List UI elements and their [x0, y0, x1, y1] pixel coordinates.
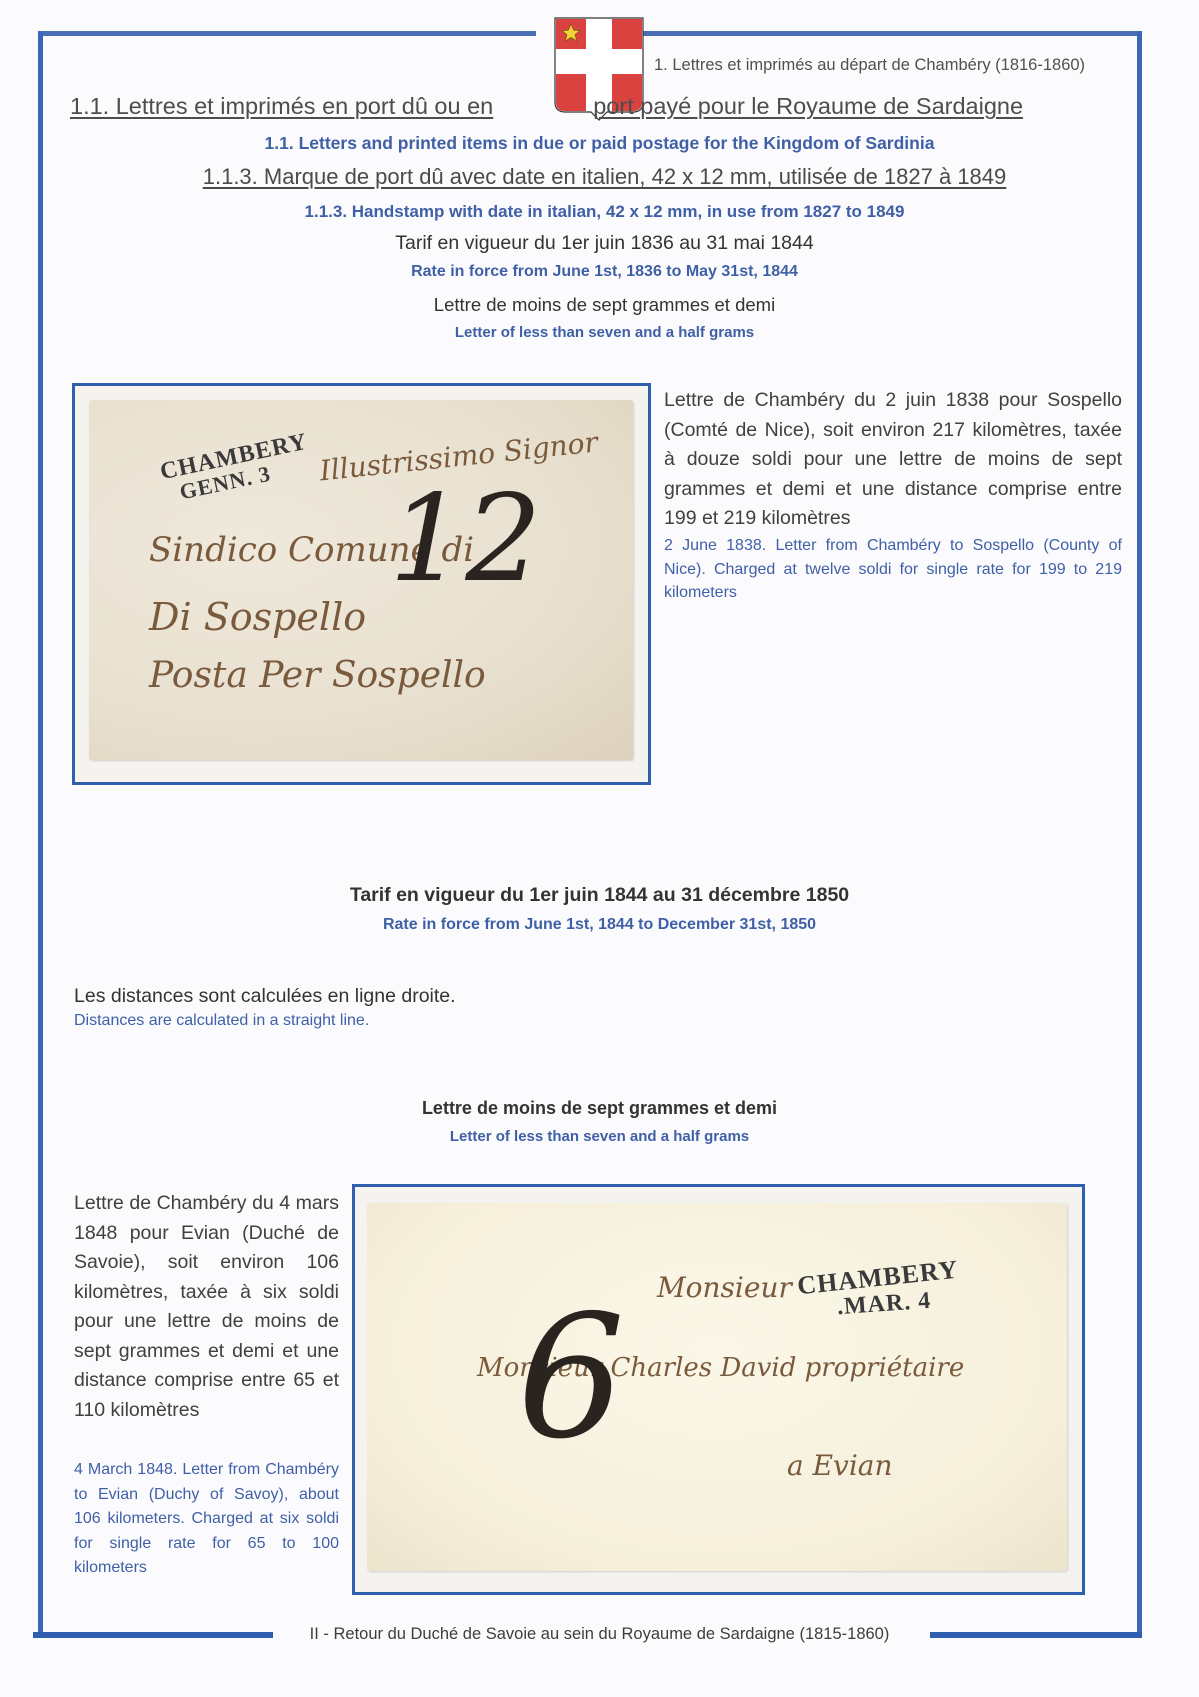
distance-note-fr: Les distances sont calculées en ligne dr… — [74, 985, 456, 1008]
weight-class-1-en: Letter of less than seven and a half gra… — [0, 324, 1199, 341]
rate-period-1-en: Rate in force from June 1st, 1836 to May… — [0, 263, 1199, 281]
subsection-title-fr: 1.1.3. Marque de port dû avec date en it… — [0, 164, 1199, 190]
letter-2-paper: CHAMBERY .MAR. 4 Monsieur Monsieur Charl… — [367, 1203, 1067, 1571]
letter-2-description-en: 4 March 1848. Letter from Chambéry to Ev… — [74, 1458, 339, 1581]
address-line1: Monsieur — [657, 1271, 792, 1304]
tax-mark: 12 — [389, 480, 542, 600]
address-line3: Di Sospello — [149, 595, 366, 639]
section-title-fr: 1.1. Lettres et imprimés en port dû ou e… — [70, 93, 1023, 120]
section-title-fr-part1: 1.1. Lettres et imprimés en port dû ou e… — [70, 93, 493, 119]
address-line3: a Evian — [787, 1449, 893, 1482]
frame-top-left-border — [38, 31, 536, 36]
letter-1-description-en: 2 June 1838. Letter from Chambéry to Sos… — [664, 534, 1122, 605]
chapter-title: 1. Lettres et imprimés au départ de Cham… — [654, 56, 1085, 75]
tax-mark: 6 — [517, 1293, 625, 1463]
distance-note-en: Distances are calculated in a straight l… — [74, 1012, 369, 1030]
rate-period-2-en: Rate in force from June 1st, 1844 to Dec… — [0, 916, 1199, 934]
frame-top-right-border — [622, 31, 1142, 36]
weight-class-1-fr: Lettre de moins de sept grammes et demi — [0, 294, 1199, 316]
rate-period-1-fr: Tarif en vigueur du 1er juin 1836 au 31 … — [0, 232, 1199, 255]
letter-2-image: CHAMBERY .MAR. 4 Monsieur Monsieur Charl… — [352, 1184, 1085, 1595]
letter-1-image: CHAMBERY GENN. 3 Illustrissimo Signor Si… — [72, 383, 651, 785]
address-line4: Posta Per Sospello — [149, 655, 486, 696]
section-title-fr-part2: port payé pour le Royaume de Sardaigne — [593, 93, 1023, 119]
letter-1-paper: CHAMBERY GENN. 3 Illustrissimo Signor Si… — [89, 400, 633, 760]
subsection-title-en: 1.1.3. Handstamp with date in italian, 4… — [0, 202, 1199, 222]
postmark-line2: .MAR. 4 — [836, 1288, 932, 1322]
letter-2-description-fr: Lettre de Chambéry du 4 mars 1848 pour E… — [74, 1189, 339, 1425]
weight-class-2-en: Letter of less than seven and a half gra… — [0, 1128, 1199, 1145]
letter-1-description-fr: Lettre de Chambéry du 2 juin 1838 pour S… — [664, 386, 1122, 534]
rate-period-2-fr: Tarif en vigueur du 1er juin 1844 au 31 … — [0, 884, 1199, 907]
page-footer: II - Retour du Duché de Savoie au sein d… — [0, 1625, 1199, 1644]
weight-class-2-fr: Lettre de moins de sept grammes et demi — [0, 1098, 1199, 1119]
section-title-en: 1.1. Letters and printed items in due or… — [0, 133, 1199, 154]
